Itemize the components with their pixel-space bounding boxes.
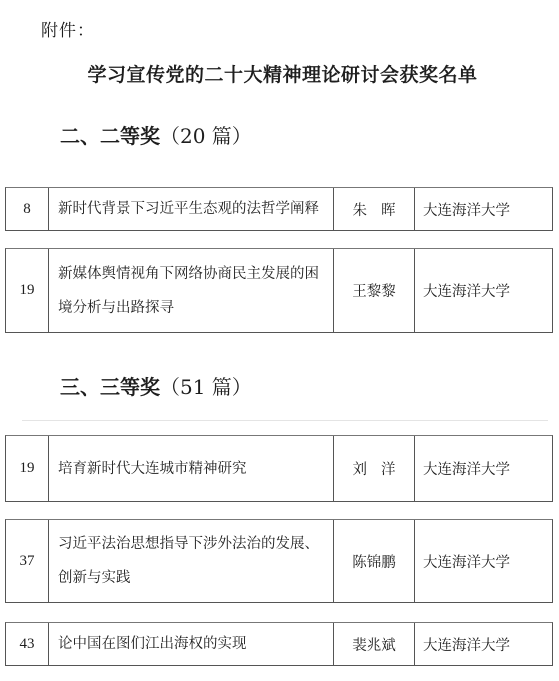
author-name: 刘洋 [334, 436, 415, 501]
table-row: 8 新时代背景下习近平生态观的法哲学阐释 朱晖 大连海洋大学 [5, 187, 553, 231]
row-number: 8 [6, 188, 49, 230]
affiliation: 大连海洋大学 [415, 520, 552, 602]
section-heading-second-prize: 二、二等奖（20 篇） [60, 120, 252, 149]
paper-title: 习近平法治思想指导下涉外法治的发展、创新与实践 [49, 520, 334, 602]
row-number: 19 [6, 436, 49, 501]
table-row: 43 论中国在图们江出海权的实现 裴兆斌 大连海洋大学 [5, 622, 553, 666]
row-number: 19 [6, 249, 49, 332]
row-number: 43 [6, 623, 49, 665]
attachment-label: 附件： [41, 16, 95, 41]
author-name: 朱晖 [334, 188, 415, 230]
divider [22, 420, 548, 421]
table-row: 37 习近平法治思想指导下涉外法治的发展、创新与实践 陈锦鹏 大连海洋大学 [5, 519, 553, 603]
row-number: 37 [6, 520, 49, 602]
section-count: （51 篇） [160, 375, 252, 399]
affiliation: 大连海洋大学 [415, 436, 552, 501]
section-count: （20 篇） [160, 124, 252, 148]
section-heading-text: 二、二等奖 [60, 124, 160, 148]
paper-title: 培育新时代大连城市精神研究 [49, 436, 334, 501]
table-row: 19 新媒体舆情视角下网络协商民主发展的困境分析与出路探寻 王黎黎 大连海洋大学 [5, 248, 553, 333]
section-heading-third-prize: 三、三等奖（51 篇） [60, 371, 252, 400]
affiliation: 大连海洋大学 [415, 188, 552, 230]
table-row: 19 培育新时代大连城市精神研究 刘洋 大连海洋大学 [5, 435, 553, 502]
author-name: 裴兆斌 [334, 623, 415, 665]
author-name: 王黎黎 [334, 249, 415, 332]
affiliation: 大连海洋大学 [415, 623, 552, 665]
paper-title: 新时代背景下习近平生态观的法哲学阐释 [49, 188, 334, 230]
affiliation: 大连海洋大学 [415, 249, 552, 332]
section-heading-text: 三、三等奖 [60, 375, 160, 399]
document-title: 学习宣传党的二十大精神理论研讨会获奖名单 [0, 60, 559, 87]
author-name: 陈锦鹏 [334, 520, 415, 602]
paper-title: 论中国在图们江出海权的实现 [49, 623, 334, 665]
paper-title: 新媒体舆情视角下网络协商民主发展的困境分析与出路探寻 [49, 249, 334, 332]
